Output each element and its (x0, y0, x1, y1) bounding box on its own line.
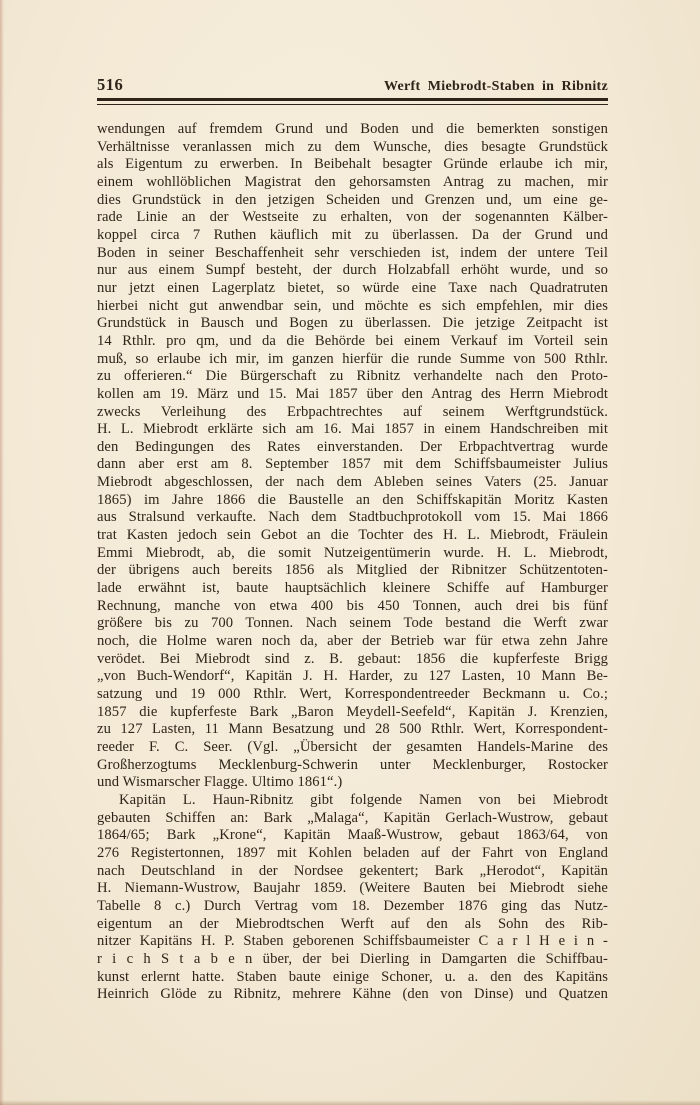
text-block: wendungen auf fremdem Grund und Boden un… (97, 121, 608, 1004)
text-line: zu 127 Lasten, 11 Mann Besatzung und 28 … (97, 721, 608, 739)
text-line: kollen am 19. März und 15. Mai 1857 über… (97, 386, 608, 404)
text-line: muß, so erlaube ich mir, im ganzen hierf… (97, 351, 608, 369)
text-line: Kapitän L. Haun-Ribnitz gibt folgende Na… (97, 792, 608, 810)
text-line: nach Deutschland in der Nordsee gekenter… (97, 863, 608, 881)
text-line: 1865) im Jahre 1866 die Baustelle an den… (97, 492, 608, 510)
text-line: und Wismarscher Flagge. Ultimo 1861“.) (97, 774, 608, 792)
text-line: 276 Registertonnen, 1897 mit Kohlen bela… (97, 845, 608, 863)
text-line: als Eigentum zu erwerben. In Beibehalt b… (97, 156, 608, 174)
text-line: Grundstück in Bausch und Bogen zu überla… (97, 315, 608, 333)
text-line: lade erwähnt ist, baute hauptsächlich kl… (97, 580, 608, 598)
text-line: wendungen auf fremdem Grund und Boden un… (97, 121, 608, 139)
text-line: Großherzogtums Mecklenburg-Schwerin unte… (97, 757, 608, 775)
text-line: einem wohllöblichen Magistrat den gehors… (97, 174, 608, 192)
text-line: 14 Rthlr. pro qm, und da die Behörde bei… (97, 333, 608, 351)
text-line: nur jetzt einen Lagerplatz bietet, so wü… (97, 280, 608, 298)
text-line: noch, die Holme waren noch da, aber der … (97, 633, 608, 651)
text-line: größere bis zu 700 Tonnen. Nach seinem T… (97, 615, 608, 633)
page-header: 516 Werft Miebrodt-Staben in Ribnitz (97, 77, 608, 105)
text-line: H. L. Miebrodt erklärte sich am 16. Mai … (97, 421, 608, 439)
text-line: Verhältnisse veranlassen mich zu dem Wun… (97, 139, 608, 157)
text-line: aus Stralsund verkaufte. Nach dem Stadtb… (97, 509, 608, 527)
header-rule (97, 98, 608, 105)
text-line: nitzer Kapitäns H. P. Staben geborenen S… (97, 933, 608, 951)
text-line: 1857 die kupferfeste Bark „Baron Meydell… (97, 704, 608, 722)
text-line: kunst erlernt hatte. Staben baute einige… (97, 969, 608, 987)
text-line: hierbei nicht gut anwendbar sein, und mö… (97, 298, 608, 316)
text-line: gebauten Schiffen an: Bark „Malaga“, Kap… (97, 810, 608, 828)
text-line: r i c h S t a b e n über, der bei Dierli… (97, 951, 608, 969)
text-line: verödet. Bei Miebrodt sind z. B. gebaut:… (97, 651, 608, 669)
text-line: Miebrodt abgeschlossen, der nach dem Abl… (97, 474, 608, 492)
text-line: reeder F. C. Seer. (Vgl. „Übersicht der … (97, 739, 608, 757)
text-line: Boden in seiner Beschaffenheit sehr vers… (97, 245, 608, 263)
text-line: „von Buch-Wendorf“, Kapitän J. H. Harder… (97, 668, 608, 686)
running-title: Werft Miebrodt-Staben in Ribnitz (384, 80, 608, 94)
text-line: koppel circa 7 Ruthen käuflich mit zu üb… (97, 227, 608, 245)
text-line: nur aus einem Sumpf besteht, der durch H… (97, 262, 608, 280)
book-page: 516 Werft Miebrodt-Staben in Ribnitz wen… (0, 0, 700, 1105)
text-line: zwecks Verleihung des Erbpachtrechtes au… (97, 404, 608, 422)
text-line: eigentum an der Miebrodtschen Werft auf … (97, 916, 608, 934)
text-line: den Bedingungen des Rates einverstanden.… (97, 439, 608, 457)
text-line: dies Grundstück in den jetzigen Scheiden… (97, 192, 608, 210)
text-line: dann aber erst am 8. September 1857 mit … (97, 456, 608, 474)
text-line: rade Linie an der Westseite zu erhalten,… (97, 209, 608, 227)
text-line: der übrigens auch bereits 1856 als Mitgl… (97, 562, 608, 580)
text-line: Rechnung, manche von etwa 400 bis 450 To… (97, 598, 608, 616)
text-line: Tabelle 8 c.) Durch Vertrag vom 18. Deze… (97, 898, 608, 916)
text-line: trat Kasten jedoch sein Gebot an die Toc… (97, 527, 608, 545)
text-line: Emmi Miebrodt, ab, die somit Nutzeigentü… (97, 545, 608, 563)
text-line: satzung und 19 000 Rthlr. Wert, Korrespo… (97, 686, 608, 704)
page-number: 516 (97, 77, 123, 94)
text-line: Heinrich Glöde zu Ribnitz, mehrere Kähne… (97, 986, 608, 1004)
text-line: H. Niemann-Wustrow, Baujahr 1859. (Weite… (97, 880, 608, 898)
text-line: zu offerieren.“ Die Bürgerschaft zu Ribn… (97, 368, 608, 386)
text-line: 1864/65; Bark „Krone“, Kapitän Maaß-Wust… (97, 827, 608, 845)
